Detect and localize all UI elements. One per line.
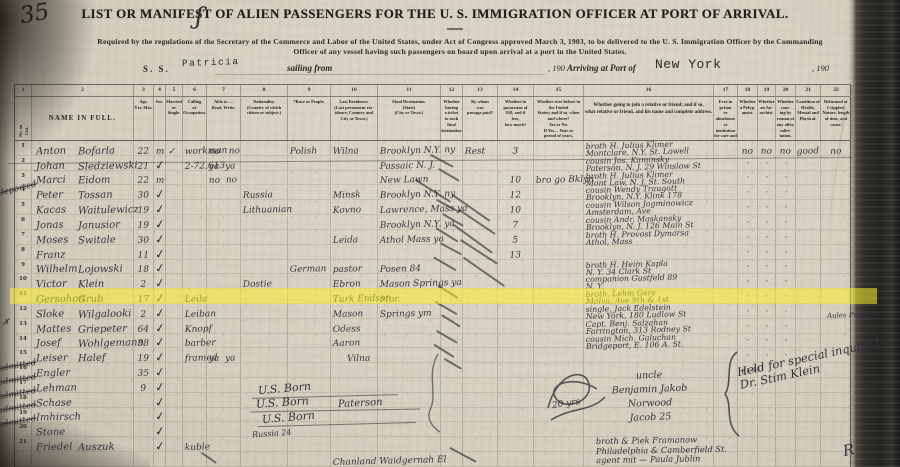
cell-sex: ✓ bbox=[154, 363, 166, 377]
cell-race bbox=[288, 304, 331, 318]
cell-sex bbox=[154, 452, 166, 466]
cell-prison bbox=[714, 230, 738, 244]
cell-married bbox=[166, 408, 183, 422]
cell-ticket bbox=[441, 363, 463, 377]
cell-destination: Brooklyn N.Y. ny bbox=[378, 141, 441, 155]
cell-paid bbox=[463, 422, 498, 436]
cell-ticket bbox=[441, 393, 463, 407]
cell-anarchist: " bbox=[758, 334, 776, 348]
cell-health bbox=[796, 230, 821, 244]
cell-anarchist: " bbox=[758, 171, 776, 185]
ink-flourish: ʃ bbox=[195, 2, 204, 31]
cell-race bbox=[288, 245, 331, 259]
surname: Halef bbox=[78, 353, 106, 365]
cell-sex: ✓ bbox=[154, 185, 166, 199]
surname: Eidom bbox=[78, 175, 111, 187]
cell-anarchist: " bbox=[758, 245, 776, 259]
cell-prison bbox=[714, 185, 738, 199]
cell-prison bbox=[714, 304, 738, 318]
cell-text: no bbox=[776, 146, 795, 156]
cell-destination: Lawrence, Mass ya bbox=[378, 200, 441, 214]
sex-mark: ✓ bbox=[154, 423, 166, 439]
cell-before bbox=[534, 274, 584, 288]
cell-age: 22 bbox=[134, 141, 154, 155]
cell-sex: ✓ bbox=[154, 319, 166, 333]
cell-married bbox=[166, 245, 183, 259]
cell-sex: ✓ bbox=[154, 422, 166, 436]
sex-mark: m bbox=[156, 147, 165, 157]
cell-labor: " bbox=[776, 260, 796, 274]
cell-health bbox=[796, 319, 821, 333]
cell-relative: cousin Mich. Galuchan Bridgeport, E. 106… bbox=[584, 334, 714, 348]
cell-age: 30 bbox=[134, 185, 154, 199]
cell-readwrite bbox=[207, 378, 241, 392]
ditto-mark: " bbox=[758, 205, 775, 213]
ink-bracket bbox=[424, 352, 442, 434]
cell-relative: Capt. Benj. Salzahan Farrington, 313 Rod… bbox=[584, 319, 714, 333]
cell-age: 19 bbox=[134, 348, 154, 362]
cell-money: 12 bbox=[498, 185, 534, 199]
ditto-mark: " bbox=[758, 175, 775, 183]
cell-text: no no bbox=[209, 176, 237, 187]
cell-nationality bbox=[241, 348, 288, 362]
given-name: Sloke bbox=[36, 308, 64, 320]
cell-married bbox=[166, 363, 183, 377]
cell-before bbox=[534, 185, 584, 199]
cell-polygamist: " bbox=[738, 215, 758, 229]
cell-health: good bbox=[796, 141, 821, 155]
given-name: Mattes bbox=[36, 323, 72, 335]
cell-nationality bbox=[241, 260, 288, 274]
cell-calling bbox=[183, 260, 207, 274]
sex-mark: ✓ bbox=[154, 349, 166, 365]
annotation-paterson: Paterson bbox=[338, 397, 383, 410]
column-header: Whethera Polyg-amist. bbox=[738, 97, 758, 140]
column-header: Condition ofHealth,Mental andPhysical. bbox=[796, 97, 821, 140]
cell-sex: ✓ bbox=[154, 260, 166, 274]
cell-before bbox=[534, 200, 584, 214]
ditto-mark: " bbox=[738, 264, 757, 272]
cell-text: 12 bbox=[498, 190, 533, 201]
cell-married bbox=[166, 304, 183, 318]
cell-name: Franz bbox=[32, 245, 134, 259]
ditto-mark: " bbox=[758, 235, 775, 243]
sex-mark: ✓ bbox=[154, 394, 166, 410]
cell-sex: ✓ bbox=[154, 215, 166, 229]
sex-mark: ✓ bbox=[154, 364, 166, 380]
cell-prison bbox=[714, 245, 738, 259]
cell-race bbox=[288, 437, 331, 451]
cell-health bbox=[796, 437, 821, 451]
cell-married bbox=[166, 348, 183, 362]
ditto-mark: " bbox=[776, 220, 795, 228]
cell-residence: Aaron bbox=[331, 334, 378, 348]
cell-relative: single. Jack Edelstein New York, 180 Lud… bbox=[584, 304, 714, 318]
annotation-vilna: Vilna bbox=[347, 354, 371, 365]
cell-race bbox=[288, 230, 331, 244]
cell-age: 38 bbox=[134, 334, 154, 348]
cell-text: ✓ bbox=[168, 147, 176, 157]
ditto-mark: " bbox=[758, 324, 775, 332]
surname: Janusior bbox=[78, 219, 120, 231]
cell-text: Brooklyn N.Y. ya bbox=[380, 219, 455, 231]
cell-health bbox=[796, 408, 821, 422]
cell-health bbox=[796, 304, 821, 318]
given-name: Moses bbox=[36, 234, 69, 246]
cell-text: pastor bbox=[333, 265, 362, 276]
cell-polygamist: no bbox=[738, 141, 758, 155]
cell-anarchist: no bbox=[758, 141, 776, 155]
cell-labor: " bbox=[776, 200, 796, 214]
cell-money bbox=[498, 363, 534, 377]
cell-labor: " bbox=[776, 274, 796, 288]
table-row: 6JonasJanusior19✓Brooklyn N.Y. ya7cousin… bbox=[15, 215, 850, 230]
table-row: 3MarciEidom22mno noNew Lawn10bro go Bkly… bbox=[15, 171, 850, 186]
cell-race bbox=[288, 185, 331, 199]
cell-race bbox=[288, 452, 331, 466]
cell-money: 3 bbox=[498, 141, 534, 155]
cell-money bbox=[498, 437, 534, 451]
cell-text: Polish bbox=[290, 146, 318, 157]
cell-text: 18 bbox=[134, 265, 153, 275]
cell-relative bbox=[584, 245, 714, 259]
cell-polygamist: " bbox=[738, 274, 758, 288]
cell-readwrite bbox=[207, 319, 241, 333]
cell-prison bbox=[714, 141, 738, 155]
cell-polygamist: " bbox=[738, 319, 758, 333]
cell-text: 7 bbox=[498, 220, 533, 231]
cell-text: broth H. Provost Dymarsa Athol, Mass bbox=[586, 229, 690, 247]
cell-polygamist: " bbox=[738, 230, 758, 244]
cell-residence bbox=[331, 171, 378, 185]
regulation-line-1: Required by the regulations of the Secre… bbox=[62, 37, 858, 46]
cell-money bbox=[498, 393, 534, 407]
cell-destination bbox=[378, 245, 441, 259]
column-number: 7 bbox=[207, 85, 241, 96]
cell-before bbox=[534, 215, 584, 229]
cell-paid bbox=[463, 334, 498, 348]
cell-married bbox=[166, 185, 183, 199]
cell-readwrite: ya ya bbox=[207, 348, 241, 362]
cell-anarchist: " bbox=[758, 304, 776, 318]
surname: Tossan bbox=[78, 190, 113, 202]
cell-text: 13 bbox=[498, 250, 533, 261]
cell-prison bbox=[714, 171, 738, 185]
cell-nationality bbox=[241, 245, 288, 259]
cell-married bbox=[166, 334, 183, 348]
ditto-mark: " bbox=[758, 161, 775, 169]
cell-name: MattesGriepeter bbox=[32, 319, 134, 333]
ditto-mark: " bbox=[776, 250, 795, 258]
cell-calling: kuble bbox=[183, 437, 207, 451]
cell-before bbox=[534, 334, 584, 348]
cell-text: Athol Mass ya bbox=[380, 234, 444, 246]
cell-before bbox=[534, 319, 584, 333]
cell-married: ✓ bbox=[166, 141, 183, 155]
cell-paid bbox=[463, 304, 498, 318]
cell-labor: " bbox=[776, 334, 796, 348]
cell-anarchist: " bbox=[758, 260, 776, 274]
cell-destination: Springs ym bbox=[378, 304, 441, 318]
given-name: Stone bbox=[36, 427, 66, 439]
cell-residence: Minsk bbox=[331, 185, 378, 199]
cell-paid bbox=[463, 378, 498, 392]
column-header: By whomwaspassage paid? bbox=[463, 97, 498, 140]
cell-prison bbox=[714, 274, 738, 288]
cell-relative: broth H. Julius Klimer Mont Law, N. J. S… bbox=[584, 171, 714, 185]
cell-text: good bbox=[796, 146, 820, 157]
cell-prison bbox=[714, 215, 738, 229]
cell-text: 22 bbox=[134, 176, 153, 186]
cell-text: 30 bbox=[134, 235, 153, 245]
cell-before bbox=[534, 245, 584, 259]
column-header: Able to —Read. Write. bbox=[207, 97, 241, 140]
ditto-mark: " bbox=[758, 338, 775, 346]
cell-text: 10 bbox=[498, 205, 533, 216]
cell-money bbox=[498, 304, 534, 318]
cell-nationality bbox=[241, 141, 288, 155]
cell-sex: ✓ bbox=[154, 437, 166, 451]
cell-anarchist: " bbox=[758, 319, 776, 333]
column-number: 12 bbox=[441, 85, 463, 96]
given-name: Josef bbox=[36, 338, 61, 350]
column-header: Whetherhavinga ticketto suchfinaldestina… bbox=[441, 97, 463, 140]
cell-paid bbox=[463, 171, 498, 185]
ditto-mark: " bbox=[758, 309, 775, 317]
cell-text: Kovno bbox=[333, 205, 361, 216]
cell-anarchist bbox=[758, 393, 776, 407]
cell-race bbox=[288, 200, 331, 214]
given-name: Kacas bbox=[36, 205, 66, 217]
cell-sex: ✓ bbox=[154, 348, 166, 362]
cell-residence bbox=[331, 245, 378, 259]
cell-polygamist: " bbox=[738, 334, 758, 348]
cell-before bbox=[534, 260, 584, 274]
ditto-mark: " bbox=[738, 324, 757, 332]
cell-calling bbox=[183, 215, 207, 229]
cell-before bbox=[534, 422, 584, 436]
cell-name: SlokeWilgalooki bbox=[32, 304, 134, 318]
cell-text: 5 bbox=[498, 235, 533, 246]
cell-anarchist bbox=[758, 437, 776, 451]
cell-text: Odess bbox=[333, 324, 361, 335]
cell-race bbox=[288, 348, 331, 362]
cell-before: bro go Bklyn bbox=[534, 171, 584, 185]
cell-readwrite bbox=[207, 200, 241, 214]
cell-money bbox=[498, 348, 534, 362]
sex-mark: ✓ bbox=[154, 320, 166, 336]
cell-nationality bbox=[241, 171, 288, 185]
column-number: 5 bbox=[166, 85, 183, 96]
cell-labor bbox=[776, 452, 796, 466]
cell-married bbox=[166, 393, 183, 407]
cell-money bbox=[498, 452, 534, 466]
regulation-line-2: Officer of any vessel having such passen… bbox=[62, 47, 858, 56]
cell-labor: " bbox=[776, 171, 796, 185]
column-number: 13 bbox=[463, 85, 498, 96]
cell-text: cousin Mich. Galuchan Bridgeport, E. 106… bbox=[586, 333, 684, 350]
given-name: Leiser bbox=[36, 353, 68, 365]
cell-text: barber bbox=[185, 339, 216, 350]
column-header: CallingorOccupation. bbox=[183, 97, 207, 140]
given-name: Wilhelm bbox=[36, 264, 78, 276]
cell-text: Passaic N. J. bbox=[380, 160, 435, 171]
ditto-mark: " bbox=[776, 309, 795, 317]
title-dash bbox=[447, 28, 463, 30]
ditto-mark: " bbox=[776, 205, 795, 213]
cell-readwrite bbox=[207, 245, 241, 259]
ditto-mark: " bbox=[776, 324, 795, 332]
cell-residence: Ebron bbox=[331, 274, 378, 288]
table-row: 5KacasWaitulewicz19✓LithuanianKovnoLawre… bbox=[15, 200, 850, 215]
cell-paid bbox=[463, 185, 498, 199]
cell-race bbox=[288, 363, 331, 377]
table-row: 10VictorKlein2✓DostieEbronMason Springs … bbox=[15, 274, 850, 289]
ship-name-stamp: Patricia bbox=[182, 56, 240, 69]
cell-destination bbox=[378, 319, 441, 333]
cell-residence: Mason bbox=[331, 304, 378, 318]
cell-money bbox=[498, 156, 534, 170]
cell-destination: Athol Mass ya bbox=[378, 230, 441, 244]
cell-race bbox=[288, 274, 331, 288]
cell-name: KacasWaitulewicz bbox=[32, 200, 134, 214]
ditto-mark: " bbox=[738, 338, 757, 346]
ditto-mark: " bbox=[776, 190, 795, 198]
cell-text: 10 bbox=[498, 176, 533, 187]
cell-destination: Brooklyn N.Y. ya bbox=[378, 215, 441, 229]
column-number: 8 bbox=[241, 85, 288, 96]
cell-destination: Passaic N. J. bbox=[378, 156, 441, 170]
cell-calling bbox=[183, 363, 207, 377]
cell-readwrite bbox=[207, 393, 241, 407]
cell-paid bbox=[463, 156, 498, 170]
cell-married bbox=[166, 230, 183, 244]
cell-health bbox=[796, 171, 821, 185]
cell-text: no bbox=[738, 146, 757, 156]
ditto-mark: " bbox=[776, 264, 795, 272]
cell-nationality: Dostie bbox=[241, 274, 288, 288]
cell-readwrite: no no bbox=[207, 141, 241, 155]
cell-nationality bbox=[241, 363, 288, 377]
ditto-mark: " bbox=[758, 190, 775, 198]
cell-paid: Rest bbox=[463, 141, 498, 155]
cell-residence bbox=[331, 363, 378, 377]
cell-money: 7 bbox=[498, 215, 534, 229]
cell-readwrite bbox=[207, 260, 241, 274]
cell-prison bbox=[714, 319, 738, 333]
cell-anarchist bbox=[758, 408, 776, 422]
highlighted-row-marker bbox=[10, 288, 877, 304]
cell-destination: Brooklyn N.Y. ny bbox=[378, 185, 441, 199]
sailing-from-label: sailing from bbox=[287, 63, 332, 73]
cell-age: 2 bbox=[134, 304, 154, 318]
cell-calling bbox=[183, 171, 207, 185]
cell-money bbox=[498, 260, 534, 274]
date-blank-2: , 190 bbox=[812, 63, 829, 73]
surname: Switale bbox=[78, 234, 116, 246]
cell-race: German bbox=[288, 260, 331, 274]
cell-age: 22 bbox=[134, 171, 154, 185]
cell-money: 10 bbox=[498, 171, 534, 185]
cell-age: 9 bbox=[134, 378, 154, 392]
sex-mark: ✓ bbox=[154, 379, 166, 395]
cell-anarchist: " bbox=[758, 230, 776, 244]
cell-text: 22 bbox=[134, 146, 153, 156]
ditto-mark: " bbox=[738, 309, 757, 317]
ditto-mark: " bbox=[738, 250, 757, 258]
cell-before bbox=[534, 437, 584, 451]
cell-anarchist: " bbox=[758, 200, 776, 214]
cell-name: Lehman bbox=[32, 378, 134, 392]
column-number: 15 bbox=[534, 85, 584, 96]
cell-health bbox=[796, 215, 821, 229]
cell-calling: Leiban bbox=[183, 304, 207, 318]
cell-paid bbox=[463, 393, 498, 407]
cell-calling: workman bbox=[183, 141, 207, 155]
cell-before bbox=[534, 452, 584, 466]
cell-destination: Posen 84 bbox=[378, 260, 441, 274]
cell-health bbox=[796, 378, 821, 392]
sex-mark: ✓ bbox=[154, 231, 166, 247]
cell-polygamist: " bbox=[738, 200, 758, 214]
cell-calling: Knopf bbox=[183, 319, 207, 333]
cell-nationality: Russia bbox=[241, 185, 288, 199]
cell-text: Brooklyn N.Y. ny bbox=[380, 145, 456, 157]
cell-text: Rest bbox=[465, 146, 486, 157]
cell-health bbox=[796, 422, 821, 436]
column-header: MarriedorSingle. bbox=[166, 97, 183, 140]
cell-destination: Mason Springs ya bbox=[378, 274, 441, 288]
cell-before bbox=[534, 304, 584, 318]
cell-labor: " bbox=[776, 304, 796, 318]
surname: Lojowski bbox=[78, 264, 123, 276]
table-row: 12SlokeWilgalooki2✓LeibanMasonSprings ym… bbox=[15, 304, 850, 319]
cell-ticket bbox=[441, 408, 463, 422]
cell-health bbox=[796, 393, 821, 407]
cell-text: no no bbox=[209, 146, 240, 157]
cell-sex: ✓ bbox=[154, 334, 166, 348]
cell-text: Aaron bbox=[333, 339, 361, 350]
cell-money bbox=[498, 319, 534, 333]
cell-married bbox=[166, 319, 183, 333]
sex-mark: ✓ bbox=[154, 186, 166, 202]
cell-paid bbox=[463, 437, 498, 451]
cell-health bbox=[796, 200, 821, 214]
cell-labor bbox=[776, 393, 796, 407]
annotation-cross-mark: ✗ bbox=[2, 318, 10, 328]
surname: Wilgalooki bbox=[78, 308, 132, 320]
cell-residence: Chanland Waidgernah El bbox=[331, 452, 378, 466]
given-name: Imhirsch bbox=[36, 412, 81, 424]
cell-readwrite bbox=[207, 422, 241, 436]
cell-labor bbox=[776, 408, 796, 422]
cell-married bbox=[166, 200, 183, 214]
cell-age: 11 bbox=[134, 245, 154, 259]
given-name: Franz bbox=[36, 249, 66, 261]
cell-residence: pastor bbox=[331, 260, 378, 274]
cell-readwrite bbox=[207, 363, 241, 377]
column-header: *Race or People. bbox=[288, 97, 331, 140]
cell-labor bbox=[776, 422, 796, 436]
table-row: 4PeterTossan30✓RussiaMinskBrooklyn N.Y. … bbox=[15, 185, 850, 200]
given-name: Lehman bbox=[36, 382, 77, 394]
cell-name: Schase bbox=[32, 393, 134, 407]
cell-readwrite bbox=[207, 230, 241, 244]
cell-calling bbox=[183, 245, 207, 259]
cell-readwrite bbox=[207, 437, 241, 451]
cell-prison bbox=[714, 200, 738, 214]
ss-label: S. S. bbox=[143, 64, 170, 74]
